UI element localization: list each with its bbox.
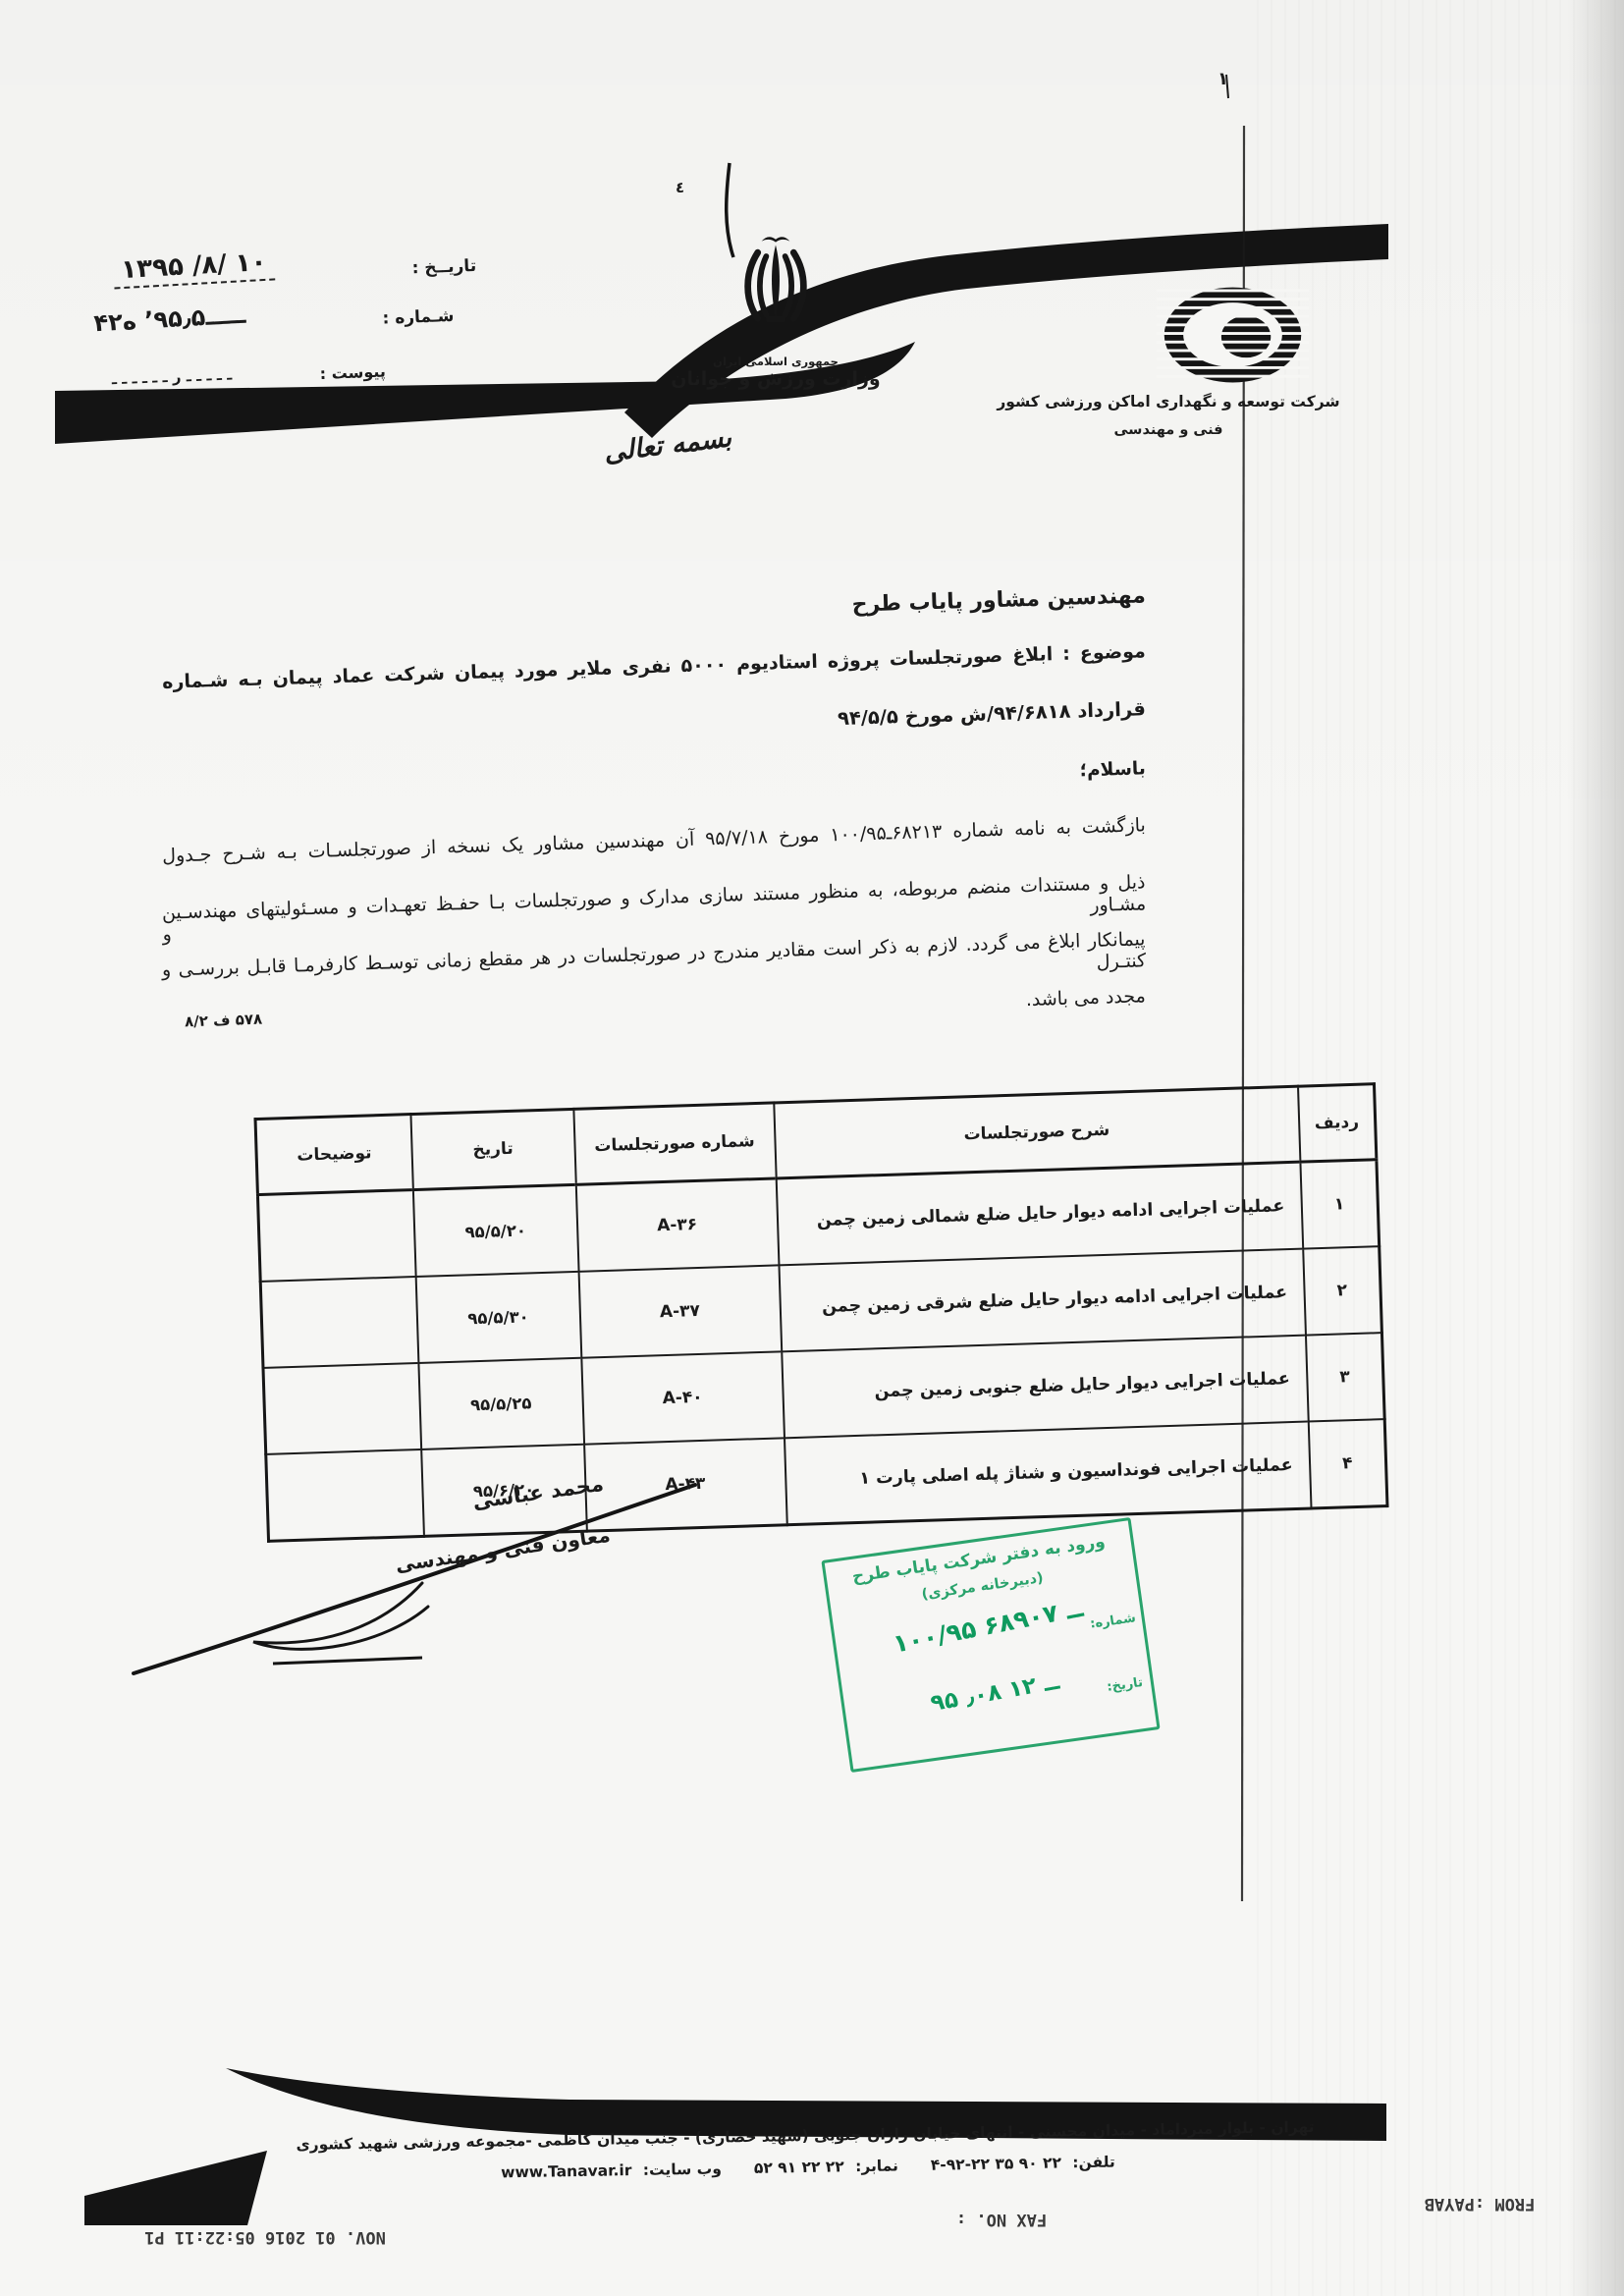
- stray-handwriting-mark: ٤: [676, 179, 684, 196]
- row-description: عملیات اجرایی فونداسیون و شناژ پله اصلی …: [784, 1422, 1311, 1525]
- signature-stroke-loop: [253, 1583, 428, 1649]
- row-number: ۱: [1300, 1160, 1380, 1249]
- date-label: تاریــخ :: [411, 256, 476, 279]
- col-header-date: تاریخ: [410, 1109, 575, 1189]
- row-description: عملیات اجرایی ادامه دیوار حایل ضلع شرقی …: [779, 1249, 1306, 1352]
- company-name-line: شرکت توسعه و نگهداری اماکن ورزشی کشور: [943, 393, 1394, 410]
- page-number-mark: ۱: [1218, 69, 1228, 89]
- receipt-stamp: ورود به دفتر شرکت پایاب طرح (دبیرخانه مر…: [821, 1517, 1160, 1773]
- besmellah: بسمه تعالی: [564, 417, 772, 472]
- footer-address: تهران - بلوار میرداماد - میدان محسنی - ا…: [221, 2117, 1389, 2156]
- website-value: www.Tanavar.ir: [501, 2161, 632, 2181]
- subject-line-1: موضوع : ابلاغ صورتجلسات پروژه استادیوم ۵…: [162, 640, 1146, 692]
- minutes-serial: A-۳۷: [660, 1301, 701, 1322]
- fax-sender-imprint: FROM :PAYAB: [1386, 2194, 1573, 2214]
- row-date: ۹۵/۵/۲۵: [418, 1358, 584, 1449]
- row-date: ۹۵/۵/۲۰: [412, 1184, 578, 1277]
- company-logo-icon: [1157, 281, 1309, 389]
- attachment-value: ـ ـ ـ ـ ـ ر ـ ـ ـ ـ ـ ـ: [111, 366, 232, 389]
- subject-line-2: قرارداد ۹۴/۶۸۱۸/ش مورخ ۹۴/۵/۵: [162, 697, 1146, 750]
- date-value-handwritten: ۱۳۹۵ /۸/ ۱۰: [113, 246, 276, 289]
- row-notes: [266, 1449, 424, 1541]
- row-description: عملیات اجرایی دیوار حایل ضلع جنوبی زمین …: [782, 1336, 1309, 1439]
- fax-timestamp-imprint: NOV. 01 2016 05:22:11 P1: [98, 2227, 432, 2247]
- row-date: ۹۵/۵/۳۰: [415, 1272, 581, 1363]
- row-number: ۲: [1303, 1246, 1382, 1335]
- corner-wedge: [84, 2151, 267, 2225]
- row-minutes-number: A-۳۶: [575, 1178, 779, 1272]
- minutes-table-wrap: ردیف شرح صورتجلسات شماره صورتجلسات تاریخ…: [256, 1082, 1388, 1543]
- row-notes: [257, 1190, 415, 1282]
- row-notes: [263, 1363, 421, 1454]
- scanned-letter-page: { "letterhead": { "date_label": "تاریــخ…: [0, 0, 1624, 2296]
- col-header-notes: توضیحات: [255, 1115, 412, 1195]
- ministry-line: وزارت ورزش و جوانان: [638, 368, 913, 390]
- archive-code: ۵۷۸ ف ۸/۲: [185, 1011, 263, 1031]
- letterhead-emblem-block: جمهوری اسلامی ایران وزارت ورزش و جوانان: [638, 232, 913, 390]
- minutes-serial: A-۳۶: [657, 1215, 698, 1235]
- website-label: وب سایت:: [643, 2159, 722, 2178]
- salutation: باسلام؛: [162, 758, 1146, 809]
- body-line-1: بازگشت به نامه شماره ۶۸۲۱۳ـ۱۰۰/۹۵ مورخ ۹…: [162, 814, 1146, 866]
- signature-stroke-dash: [273, 1658, 422, 1664]
- row-description: عملیات اجرایی ادامه دیوار حایل ضلع شمالی…: [776, 1162, 1303, 1265]
- col-header-row-number: ردیف: [1298, 1084, 1377, 1162]
- row-minutes-number: A-۴۰: [581, 1351, 785, 1444]
- company-division-line: فنی و مهندسی: [1065, 422, 1272, 438]
- row-notes: [260, 1277, 418, 1368]
- phone-label: تلفن:: [1072, 2153, 1115, 2171]
- minutes-table: ردیف شرح صورتجلسات شماره صورتجلسات تاریخ…: [253, 1082, 1388, 1543]
- page-edge-shadow: [1567, 0, 1624, 2296]
- row-number: ۴: [1308, 1419, 1387, 1508]
- attachment-label: پیوست :: [319, 362, 386, 384]
- row-number: ۳: [1305, 1333, 1384, 1421]
- stamp-date-handwritten: ۹۵ ٫۰۸ ــ ۱۲: [854, 1656, 1136, 1729]
- fax-label: نمابر:: [855, 2157, 898, 2175]
- republic-line: جمهوری اسلامی ایران: [638, 355, 913, 368]
- number-value-handwritten: ـــــ٬۹۵٫۵ ە۴۲: [93, 301, 246, 338]
- number-label: شـماره :: [382, 306, 455, 329]
- fax-value: ۵۲ ۹۱ ۲۲ ۲۲: [754, 2158, 844, 2177]
- iran-emblem-icon: [722, 232, 830, 355]
- minutes-serial: A-۴۰: [662, 1388, 703, 1408]
- phone-value: ۴-۹۲-۲۲ ۳۵ ۹۰ ۲۲: [931, 2154, 1061, 2173]
- footer-contact: تلفن: ۴-۹۲-۲۲ ۳۵ ۹۰ ۲۲ نمابر: ۵۲ ۹۱ ۲۲ ۲…: [314, 2150, 1296, 2184]
- col-header-minutes-number: شماره صورتجلسات: [573, 1103, 776, 1184]
- letterhead-date-block: تاریــخ : ۱۳۹۵ /۸/ ۱۰ شـماره : ـــــ٬۹۵٫…: [87, 240, 506, 422]
- recipient-line: مهندسین مشاور پایاب طرح: [162, 583, 1146, 638]
- row-minutes-number: A-۳۷: [578, 1265, 782, 1357]
- fax-number-imprint: FAX NO. :: [923, 2210, 1080, 2229]
